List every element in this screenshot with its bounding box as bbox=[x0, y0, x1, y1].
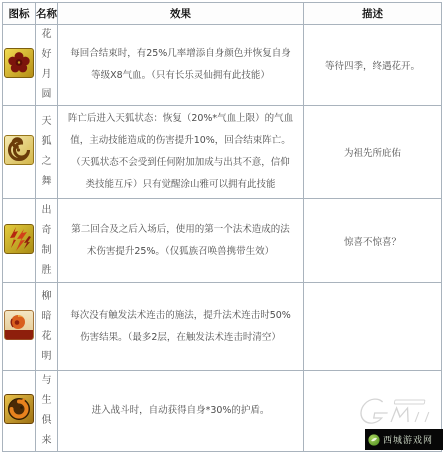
skill-desc: 等待四季，终遇花开。 bbox=[304, 25, 442, 106]
table-header-row: 图标 名称 效果 描述 bbox=[3, 3, 442, 25]
skill-desc: 为祖先所庇佑 bbox=[304, 106, 442, 199]
skill-desc bbox=[304, 283, 442, 371]
skill-name: 花好月圆 bbox=[41, 25, 53, 105]
skill-effect: 第二回合及之后入场后，使用的第一个法术造成的法术伤害提升25%。（仅狐族召唤兽携… bbox=[58, 199, 304, 283]
table-row: 出奇制胜 第二回合及之后入场后，使用的第一个法术造成的法术伤害提升25%。（仅狐… bbox=[3, 199, 442, 283]
table-row: 花好月圆 每回合结束时，有25%几率增添自身颜色并恢复自身等级X8气血。（只有长… bbox=[3, 25, 442, 106]
table-row: 柳暗花明 每次没有触发法术连击的施法，提升法术连击时50%伤害结果。（最多2层，… bbox=[3, 283, 442, 371]
skill-effect: 每回合结束时，有25%几率增添自身颜色并恢复自身等级X8气血。（只有长乐灵仙拥有… bbox=[58, 25, 304, 106]
page: { "table": { "columns": ["图标", "名称", "效果… bbox=[0, 0, 443, 453]
site-logo-icon bbox=[368, 434, 380, 446]
skill-effect: 阵亡后进入天狐状态：恢复（20%*气血上限）的气血值，主动技能造成的伤害提升10… bbox=[58, 106, 304, 199]
fox-head-skill-icon bbox=[4, 394, 34, 424]
fox-spiral-skill-icon bbox=[4, 135, 34, 165]
watermark-site-badge: 西城游戏网 bbox=[365, 429, 443, 450]
skill-name: 与生俱来 bbox=[41, 371, 53, 451]
skill-table: 图标 名称 效果 描述 bbox=[2, 2, 442, 452]
column-header-icon: 图标 bbox=[3, 3, 36, 25]
column-header-desc: 描述 bbox=[304, 3, 442, 25]
watermark-site-name: 西城游戏网 bbox=[383, 433, 433, 446]
skill-desc: 惊喜不惊喜？ bbox=[304, 199, 442, 283]
flower-swirl-skill-icon bbox=[4, 310, 34, 340]
skill-name: 柳暗花明 bbox=[41, 287, 53, 367]
lightning-skill-icon bbox=[4, 224, 34, 254]
skill-effect: 每次没有触发法术连击的施法，提升法术连击时50%伤害结果。（最多2层，在触发法术… bbox=[58, 283, 304, 371]
skill-effect: 进入战斗时，自动获得自身*30%的护盾。 bbox=[58, 371, 304, 452]
table-row: 天狐之舞 阵亡后进入天狐状态：恢复（20%*气血上限）的气血值，主动技能造成的伤… bbox=[3, 106, 442, 199]
column-header-name: 名称 bbox=[36, 3, 58, 25]
plum-blossom-skill-icon bbox=[4, 48, 34, 78]
column-header-effect: 效果 bbox=[58, 3, 304, 25]
skill-name: 天狐之舞 bbox=[41, 112, 53, 192]
skill-name: 出奇制胜 bbox=[41, 201, 53, 281]
